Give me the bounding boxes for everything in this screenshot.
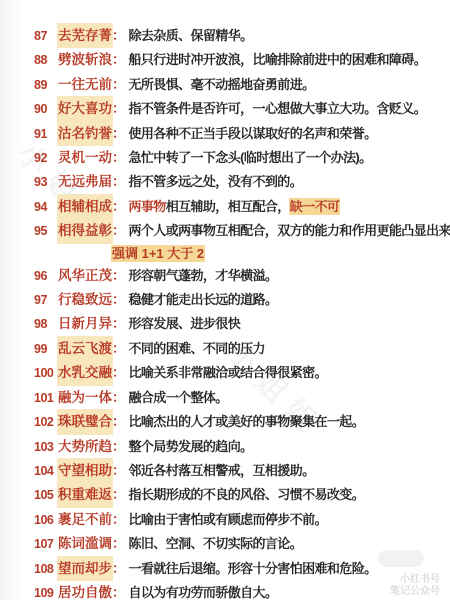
term-colon: ： [112, 170, 126, 193]
term-colon: ： [112, 312, 126, 335]
term-colon: ： [112, 122, 126, 145]
definition-text: 整个局势发展的趋向。 [129, 435, 253, 458]
idiom-entry-row: 99乱云飞渡：不同的困难、不同的压力 [34, 337, 446, 361]
entry-number: 101 [34, 387, 58, 410]
term-colon: ： [112, 361, 126, 384]
definition-segment: 一看就往后退缩。形容十分害怕困难和危险。 [129, 561, 377, 576]
definition-text: 两个人或两事物互相配合，双方的能力和作用更能凸显出来， [129, 219, 450, 242]
definition-text: 除去杂质、保留精华。 [129, 24, 253, 47]
entry-number: 88 [34, 49, 58, 72]
entry-number: 96 [34, 265, 58, 288]
term-colon: ： [112, 146, 126, 169]
entry-number: 98 [34, 313, 58, 336]
definition-segment: 指不管条件是否许可，一心想做大事立大功。含贬义。 [129, 101, 427, 116]
definition-text: 融合成一个整体。 [129, 386, 228, 409]
idiom-term: 去芜存菁 [58, 24, 112, 47]
entry-number: 94 [34, 196, 58, 219]
idiom-entry-row: 97行稳致远：稳健才能走出长远的道路。 [34, 288, 446, 312]
idiom-term: 陈词滥调 [58, 532, 112, 555]
term-colon: ： [112, 459, 126, 482]
definition-segment: 相互辅助，相互配合， [166, 199, 290, 214]
term-colon: ： [112, 24, 126, 47]
term-colon: ： [112, 288, 126, 311]
definition-segment: 整个局势发展的趋向。 [129, 439, 253, 454]
entry-number: 95 [34, 220, 58, 243]
idiom-term: 融为一体 [58, 386, 112, 409]
term-colon: ： [112, 337, 126, 360]
idiom-entry-row: 101融为一体：融合成一个整体。 [34, 386, 446, 410]
idiom-entry-row: 105积重难返：指长期形成的不良的风俗、习惯不易改变。 [34, 483, 446, 507]
idiom-term: 居功自傲 [58, 581, 112, 600]
idiom-entry-row: 96风华正茂：形容朝气蓬勃，才华横溢。 [34, 264, 446, 288]
entry-number: 108 [34, 558, 58, 581]
definition-segment: 邻近各村落互相警戒，互相援助。 [129, 463, 315, 478]
term-colon: ： [112, 581, 126, 600]
idiom-entry-row: 98日新月异：形容发展、进步很快 [34, 312, 446, 336]
definition-text: 两事物相互辅助，相互配合，缺一不可 [129, 195, 340, 218]
definition-segment: 形容朝气蓬勃，才华横溢。 [129, 268, 278, 283]
idiom-term: 一往无前 [58, 73, 112, 96]
entry-number: 90 [34, 98, 58, 121]
definition-text: 指不管多远之处，没有不到的。 [129, 170, 303, 193]
idiom-term: 沽名钓誉 [58, 122, 112, 145]
term-colon: ： [112, 508, 126, 531]
idiom-term: 乱云飞渡 [58, 337, 112, 360]
definition-segment: 缺一不可 [290, 199, 340, 214]
idiom-entry-row: 104守望相助：邻近各村落互相警戒，互相援助。 [34, 459, 446, 483]
definition-text: 陈旧、空洞、不切实际的言论。 [129, 532, 303, 555]
entry-number: 91 [34, 123, 58, 146]
entry-number: 103 [34, 436, 58, 459]
entry-number: 107 [34, 533, 58, 556]
idiom-entry-row: 94相辅相成：两事物相互辅助，相互配合，缺一不可 [34, 195, 446, 219]
idiom-term: 望而却步 [58, 557, 112, 580]
definition-text: 一看就往后退缩。形容十分害怕困难和危险。 [129, 557, 377, 580]
definition-text: 指不管条件是否许可，一心想做大事立大功。含贬义。 [129, 97, 427, 120]
definition-segment: 比喻关系非常融洽或结合得很紧密。 [129, 365, 327, 380]
idiom-term: 珠联璧合 [58, 410, 112, 433]
idiom-list: 87去芜存菁：除去杂质、保留精华。88劈波斩浪：船只行进时冲开波浪，比喻排除前进… [34, 24, 446, 600]
idiom-entry-row: 102珠联璧合：比喻杰出的人才或美好的事物聚集在一起。 [34, 410, 446, 434]
idiom-entry-row: 88劈波斩浪：船只行进时冲开波浪，比喻排除前进中的困难和障碍。 [34, 48, 446, 72]
definition-segment: 除去杂质、保留精华。 [129, 28, 253, 43]
definition-text: 急忙中转了一下念头(临时想出了一个办法)。 [129, 146, 372, 169]
definition-segment: 形容发展、进步很快 [129, 316, 241, 331]
idiom-entry-row: 89一往无前：无所畏惧、毫不动摇地奋勇前进。 [34, 73, 446, 97]
definition-text: 指长期形成的不良的风俗、习惯不易改变。 [129, 483, 365, 506]
idiom-term: 行稳致远 [58, 288, 112, 311]
definition-text: 比喻杰出的人才或美好的事物聚集在一起。 [129, 410, 365, 433]
faded-sticker-shape [378, 550, 424, 567]
entry-number: 89 [34, 74, 58, 97]
notes-page-background: 小姐姐 小姐姐 87去芜存菁：除去杂质、保留精华。88劈波斩浪：船只行进时冲开波… [0, 0, 450, 600]
definition-segment: 陈旧、空洞、不切实际的言论。 [129, 536, 303, 551]
term-colon: ： [112, 386, 126, 409]
idiom-term: 灵机一动 [58, 146, 112, 169]
idiom-entry-row: 93无远弗届：指不管多远之处，没有不到的。 [34, 170, 446, 194]
definition-text: 使用各种不正当手段以谋取好的名声和荣誉。 [129, 122, 377, 145]
definition-text: 比喻由于害怕或有顾虑而停步不前。 [129, 508, 327, 531]
definition-segment: 稳健才能走出长远的道路。 [129, 292, 278, 307]
definition-segment: 指不管多远之处，没有不到的。 [129, 174, 303, 189]
definition-segment: 急忙中转了一下念头(临时想出了一个办法)。 [129, 150, 372, 165]
entry-number: 106 [34, 509, 58, 532]
definition-segment: 无所畏惧、毫不动摇地奋勇前进。 [129, 77, 315, 92]
definition-text: 不同的困难、不同的压力 [129, 337, 265, 360]
idiom-entry-row: 106裹足不前：比喻由于害怕或有顾虑而停步不前。 [34, 508, 446, 532]
entry-number: 87 [34, 25, 58, 48]
definition-text: 形容朝气蓬勃，才华横溢。 [129, 264, 278, 287]
idiom-term: 大势所趋 [58, 435, 112, 458]
definition-segment: 融合成一个整体。 [129, 390, 228, 405]
term-colon: ： [112, 483, 126, 506]
entry-number: 104 [34, 460, 58, 483]
entry-number: 99 [34, 338, 58, 361]
definition-segment: 自以为有功劳而骄傲自大。 [129, 585, 278, 600]
idiom-entry-row: 87去芜存菁：除去杂质、保留精华。 [34, 24, 446, 48]
definition-text: 船只行进时冲开波浪，比喻排除前进中的困难和障碍。 [129, 48, 427, 71]
idiom-term: 无远弗届 [58, 170, 112, 193]
definition-text: 自以为有功劳而骄傲自大。 [129, 581, 278, 600]
idiom-term: 劈波斩浪 [58, 48, 112, 71]
emphasis-segment: 强调 1+1 大于 2 [112, 246, 204, 261]
idiom-term: 相得益彰 [58, 219, 112, 242]
idiom-term: 水乳交融 [58, 361, 112, 384]
entry-number: 109 [34, 582, 58, 600]
idiom-term: 裹足不前 [58, 508, 112, 531]
entry-number: 105 [34, 484, 58, 507]
term-colon: ： [112, 73, 126, 96]
definition-text: 稳健才能走出长远的道路。 [129, 288, 278, 311]
entry-number: 102 [34, 411, 58, 434]
term-colon: ： [112, 97, 126, 120]
entry-number: 93 [34, 171, 58, 194]
idiom-entry-row: 92灵机一动：急忙中转了一下念头(临时想出了一个办法)。 [34, 146, 446, 170]
term-colon: ： [112, 557, 126, 580]
definition-segment: 不同的困难、不同的压力 [129, 341, 265, 356]
idiom-term: 日新月异 [58, 312, 112, 335]
definition-text: 比喻关系非常融洽或结合得很紧密。 [129, 361, 327, 384]
emphasis-line: 强调 1+1 大于 2 [112, 244, 446, 264]
definition-text: 无所畏惧、毫不动摇地奋勇前进。 [129, 73, 315, 96]
entry-number: 97 [34, 289, 58, 312]
definition-segment: 指长期形成的不良的风俗、习惯不易改变。 [129, 487, 365, 502]
definition-segment: 两事物 [129, 199, 166, 214]
definition-segment: 使用各种不正当手段以谋取好的名声和荣誉。 [129, 126, 377, 141]
definition-segment: 两个人或两事物互相配合，双方的能力和作用更能凸显出来， [129, 223, 450, 238]
entry-number: 100 [34, 362, 58, 385]
idiom-term: 守望相助 [58, 459, 112, 482]
idiom-entry-row: 109居功自傲：自以为有功劳而骄傲自大。 [34, 581, 446, 600]
idiom-entry-row: 90好大喜功：指不管条件是否许可，一心想做大事立大功。含贬义。 [34, 97, 446, 121]
idiom-entry-row: 91沽名钓誉：使用各种不正当手段以谋取好的名声和荣誉。 [34, 122, 446, 146]
definition-segment: 比喻由于害怕或有顾虑而停步不前。 [129, 512, 327, 527]
idiom-term: 相辅相成 [58, 195, 112, 218]
definition-text: 形容发展、进步很快 [129, 312, 241, 335]
term-colon: ： [112, 48, 126, 71]
idiom-entry-row: 100水乳交融：比喻关系非常融洽或结合得很紧密。 [34, 361, 446, 385]
term-colon: ： [112, 264, 126, 287]
definition-segment: 船只行进时冲开波浪，比喻排除前进中的困难和障碍。 [129, 52, 427, 67]
term-colon: ： [112, 195, 126, 218]
idiom-term: 风华正茂 [58, 264, 112, 287]
term-colon: ： [112, 219, 126, 242]
term-colon: ： [112, 435, 126, 458]
term-colon: ： [112, 532, 126, 555]
definition-text: 邻近各村落互相警戒，互相援助。 [129, 459, 315, 482]
idiom-term: 积重难返 [58, 483, 112, 506]
idiom-entry-row: 95相得益彰：两个人或两事物互相配合，双方的能力和作用更能凸显出来， [34, 219, 446, 243]
definition-segment: 比喻杰出的人才或美好的事物聚集在一起。 [129, 414, 365, 429]
entry-number: 92 [34, 147, 58, 170]
idiom-term: 好大喜功 [58, 97, 112, 120]
idiom-entry-row: 103大势所趋：整个局势发展的趋向。 [34, 435, 446, 459]
term-colon: ： [112, 410, 126, 433]
